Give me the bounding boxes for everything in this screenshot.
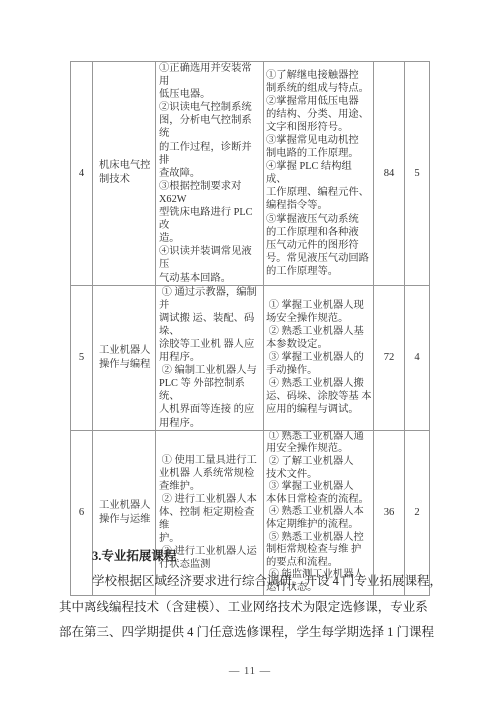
paragraph-line: 其中离线编程技术（含建模）、工业网络技术为限定选修课，专业系 xyxy=(59,595,445,620)
course-name-cell: 机床电气控 制技术 xyxy=(93,62,156,286)
expansion-courses-section: 3.专业拓展课程 学校根据区域经济要求进行综合调研，开设 4 门专业拓展课程， … xyxy=(59,544,445,646)
row-number-cell: 5 xyxy=(71,285,93,430)
row-number-cell: 4 xyxy=(71,62,93,286)
course-credits-cell: 4 xyxy=(405,285,430,430)
course-name-text: 工业机器人 操作与运维 xyxy=(93,499,155,527)
table-row: 4 机床电气控 制技术 ①正确选用并安装常用 低压电器。 ②识读电气控制系统 图… xyxy=(71,62,430,286)
course-name-text: 工业机器人 操作与编程 xyxy=(93,344,155,372)
paragraph-line: 学校根据区域经济要求进行综合调研，开设 4 门专业拓展课程， xyxy=(92,569,445,594)
section-heading: 3.专业拓展课程 xyxy=(92,544,445,569)
course-tasks-text: ①正确选用并安装常用 低压电器。 ②识读电气控制系统 图，分析电气控制系统 的工… xyxy=(156,62,263,285)
course-tasks-cell: ①正确选用并安装常用 低压电器。 ②识读电气控制系统 图，分析电气控制系统 的工… xyxy=(156,62,264,286)
paragraph-line: 部在第三、四学期提供 4 门任意选修课程，学生每学期选择 1 门课程 xyxy=(59,620,445,645)
course-name-cell: 工业机器人 操作与编程 xyxy=(93,285,156,430)
course-requirements-text: ① 掌握工业机器人现 场安全操作规范。 ② 熟悉工业机器人基 本参数设定。 ③ … xyxy=(264,299,373,417)
document-page: 4 机床电气控 制技术 ①正确选用并安装常用 低压电器。 ②识读电气控制系统 图… xyxy=(0,0,500,707)
course-requirements-text: ①了解继电接触器控 制系统的组成与特点。 ②掌握常用低压电器 的结构、分类、用途… xyxy=(264,69,373,279)
course-requirements-cell: ①了解继电接触器控 制系统的组成与特点。 ②掌握常用低压电器 的结构、分类、用途… xyxy=(264,62,374,286)
page-number: — 11 — xyxy=(0,666,500,677)
course-name-text: 机床电气控 制技术 xyxy=(93,159,155,187)
course-tasks-cell: ① 通过示教器，编制并 调试搬 运、装配、码垛、 涂胶等工业机 器人应 用程序。… xyxy=(156,285,264,430)
course-tasks-text: ① 通过示教器，编制并 调试搬 运、装配、码垛、 涂胶等工业机 器人应 用程序。… xyxy=(156,286,263,430)
table-row: 5 工业机器人 操作与编程 ① 通过示教器，编制并 调试搬 运、装配、码垛、 涂… xyxy=(71,285,430,430)
course-hours-cell: 72 xyxy=(374,285,405,430)
course-hours-cell: 84 xyxy=(374,62,405,286)
course-requirements-cell: ① 掌握工业机器人现 场安全操作规范。 ② 熟悉工业机器人基 本参数设定。 ③ … xyxy=(264,285,374,430)
course-credits-cell: 5 xyxy=(405,62,430,286)
course-table: 4 机床电气控 制技术 ①正确选用并安装常用 低压电器。 ②识读电气控制系统 图… xyxy=(70,61,430,596)
